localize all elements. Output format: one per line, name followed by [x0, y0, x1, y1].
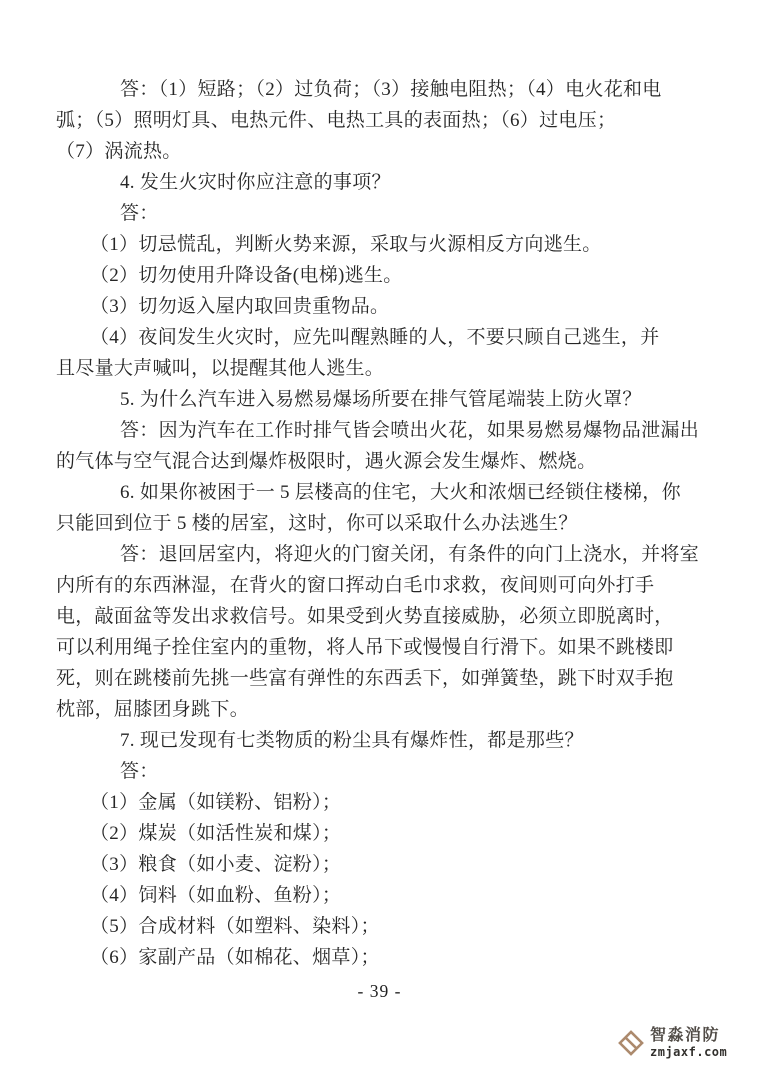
text-line: （2）煤炭（如活性炭和煤）； [56, 818, 708, 849]
watermark-brand-name: 智淼消防 [650, 1028, 727, 1044]
text-line: 答：退回居室内，将迎火的门窗关闭，有条件的向门上浇水，并将室 [56, 539, 708, 570]
text-line: 可以利用绳子拴住室内的重物，将人吊下或慢慢自行滑下。如果不跳楼即 [56, 632, 708, 663]
text-line: （7）涡流热。 [56, 136, 708, 167]
text-line: 内所有的东西淋湿，在背火的窗口挥动白毛巾求救，夜间则可向外打手 [56, 570, 708, 601]
text-line: （3）切勿返入屋内取回贵重物品。 [56, 291, 708, 322]
text-line: 死，则在跳楼前先挑一些富有弹性的东西丢下，如弹簧垫，跳下时双手抱 [56, 663, 708, 694]
text-line: （3）粮食（如小麦、淀粉）； [56, 849, 708, 880]
watermark-text: 智淼消防 zmjaxf.com [650, 1028, 727, 1058]
text-line: 答：因为汽车在工作时排气皆会喷出火花，如果易燃易爆物品泄漏出 [56, 415, 708, 446]
text-line: 5. 为什么汽车进入易燃易爆场所要在排气管尾端装上防火罩？ [56, 384, 708, 415]
text-line: （4）饲料（如血粉、鱼粉）； [56, 880, 708, 911]
text-line: 只能回到位于 5 楼的居室，这时，你可以采取什么办法逃生？ [56, 508, 708, 539]
text-line: 7. 现已发现有七类物质的粉尘具有爆炸性，都是那些？ [56, 725, 708, 756]
document-page: 答：（1）短路；（2）过负荷；（3）接触电阻热；（4）电火花和电弧；（5）照明灯… [0, 0, 759, 1065]
text-line: 答： [56, 198, 708, 229]
text-line: 答：（1）短路；（2）过负荷；（3）接触电阻热；（4）电火花和电 [56, 74, 708, 105]
watermark-domain: zmjaxf.com [650, 1046, 727, 1058]
text-line: 枕部，屈膝团身跳下。 [56, 694, 708, 725]
text-line: （5）合成材料（如塑料、染料）； [56, 911, 708, 942]
text-line: 弧；（5）照明灯具、电热元件、电热工具的表面热；（6）过电压； [56, 105, 708, 136]
document-body: 答：（1）短路；（2）过负荷；（3）接触电阻热；（4）电火花和电弧；（5）照明灯… [56, 74, 708, 973]
text-line: 答： [56, 756, 708, 787]
text-line: （6）家副产品（如棉花、烟草）； [56, 942, 708, 973]
text-line: 6. 如果你被困于一 5 层楼高的住宅，大火和浓烟已经锁住楼梯，你 [56, 477, 708, 508]
text-line: （4）夜间发生火灾时，应先叫醒熟睡的人，不要只顾自己逃生，并 [56, 322, 708, 353]
site-watermark: 智淼消防 zmjaxf.com [617, 1022, 727, 1064]
text-line: 的气体与空气混合达到爆炸极限时，遇火源会发生爆炸、燃烧。 [56, 446, 708, 477]
page-number: - 39 - [0, 981, 759, 1002]
text-line: 电，敲面盆等发出求救信号。如果受到火势直接威胁，必须立即脱离时， [56, 601, 708, 632]
text-line: （1）金属（如镁粉、铝粉）； [56, 787, 708, 818]
text-line: （1）切忌慌乱，判断火势来源，采取与火源相反方向逃生。 [56, 229, 708, 260]
diamond-z-logo-icon [617, 1029, 645, 1057]
text-line: 4. 发生火灾时你应注意的事项？ [56, 167, 708, 198]
text-line: （2）切勿使用升降设备(电梯)逃生。 [56, 260, 708, 291]
text-line: 且尽量大声喊叫，以提醒其他人逃生。 [56, 353, 708, 384]
